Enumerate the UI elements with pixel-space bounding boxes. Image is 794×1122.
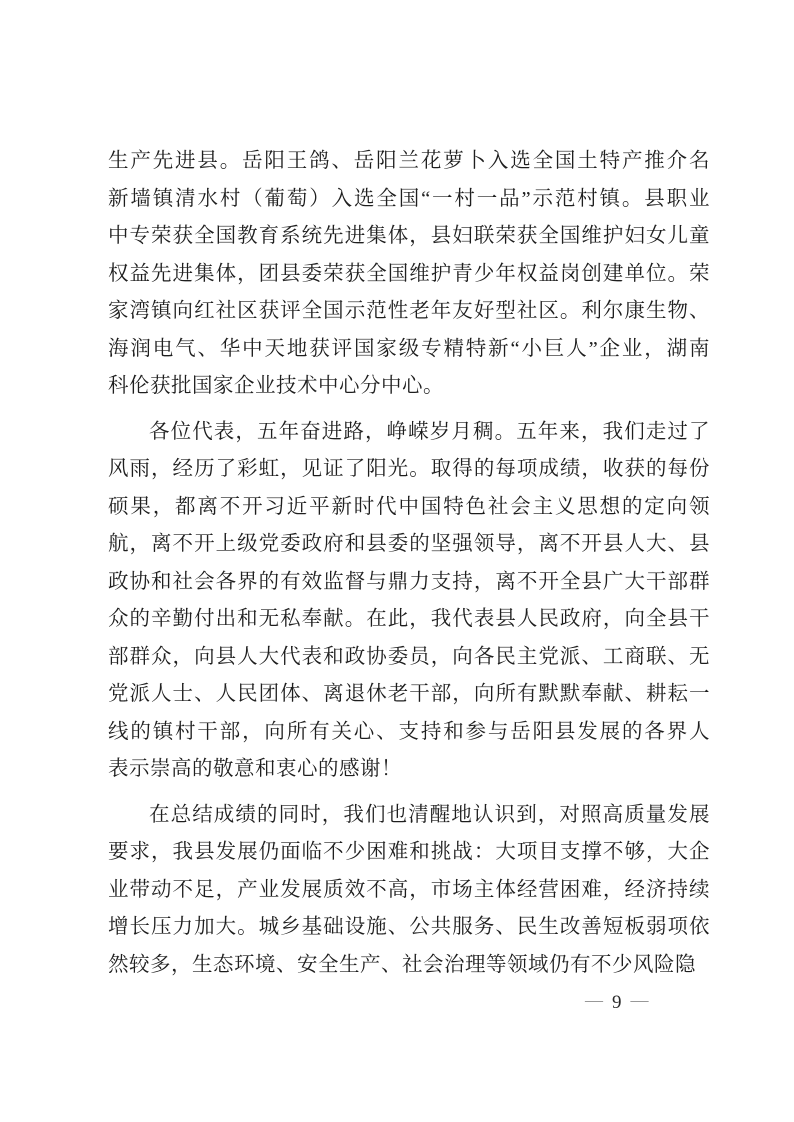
text-line: 航，离不开上级党委政府和县委的坚强领导，离不开县人大、县 — [108, 526, 710, 564]
text-line: 增长压力加大。城乡基础设施、公共服务、民生改善短板弱项依 — [108, 909, 710, 947]
text-line: 然较多，生态环境、安全生产、社会治理等领域仍有不少风险隐 — [108, 947, 710, 985]
text-line: 政协和社会各界的有效监督与鼎力支持，离不开全县广大干部群 — [108, 564, 710, 602]
paragraph: 在总结成绩的同时，我们也清醒地认识到，对照高质量发展要求，我县发展仍面临不少困难… — [108, 797, 710, 985]
document-page: 生产先进县。岳阳王鸽、岳阳兰花萝卜入选全国土特产推介名录，新墙镇清水村（葡萄）入… — [0, 0, 794, 1122]
text-line: 线的镇村干部，向所有关心、支持和参与岳阳县发展的各界人士， — [108, 714, 710, 752]
text-line: 业带动不足，产业发展质效不高，市场主体经营困难，经济持续 — [108, 872, 710, 910]
text-line: 中专荣获全国教育系统先进集体，县妇联荣获全国维护妇女儿童 — [108, 218, 710, 256]
paragraph: 各位代表，五年奋进路，峥嵘岁月稠。五年来，我们走过了风雨，经历了彩虹，见证了阳光… — [108, 414, 710, 789]
text-line: 生产先进县。岳阳王鸽、岳阳兰花萝卜入选全国土特产推介名录， — [108, 143, 710, 181]
text-line: 党派人士、人民团体、离退休老干部，向所有默默奉献、耕耘一 — [108, 676, 710, 714]
text-line: 新墙镇清水村（葡萄）入选全国“一村一品”示范村镇。县职业 — [108, 181, 710, 219]
text-line: 科伦获批国家企业技术中心分中心。 — [108, 368, 710, 406]
page-number: —9— — [585, 992, 649, 1014]
text-line: 各位代表，五年奋进路，峥嵘岁月稠。五年来，我们走过了 — [108, 414, 710, 452]
text-line: 风雨，经历了彩虹，见证了阳光。取得的每项成绩，收获的每份 — [108, 451, 710, 489]
text-line: 权益先进集体，团县委荣获全国维护青少年权益岗创建单位。荣 — [108, 256, 710, 294]
text-line: 硕果，都离不开习近平新时代中国特色社会主义思想的定向领 — [108, 489, 710, 527]
paragraph: 生产先进县。岳阳王鸽、岳阳兰花萝卜入选全国土特产推介名录，新墙镇清水村（葡萄）入… — [108, 143, 710, 406]
text-line: 表示崇高的敬意和衷心的感谢！ — [108, 751, 710, 789]
text-line: 海润电气、华中天地获评国家级专精特新“小巨人”企业，湖南 — [108, 331, 710, 369]
page-number-value: 9 — [612, 992, 622, 1013]
text-line: 家湾镇向红社区获评全国示范性老年友好型社区。利尔康生物、 — [108, 293, 710, 331]
text-line: 众的辛勤付出和无私奉献。在此，我代表县人民政府，向全县干 — [108, 601, 710, 639]
page-number-right-dash: — — [631, 990, 649, 1010]
text-line: 要求，我县发展仍面临不少困难和挑战：大项目支撑不够，大企 — [108, 834, 710, 872]
page-number-left-dash: — — [585, 990, 603, 1010]
text-line: 部群众，向县人大代表和政协委员，向各民主党派、工商联、无 — [108, 639, 710, 677]
text-line: 在总结成绩的同时，我们也清醒地认识到，对照高质量发展 — [108, 797, 710, 835]
page-body: 生产先进县。岳阳王鸽、岳阳兰花萝卜入选全国土特产推介名录，新墙镇清水村（葡萄）入… — [108, 143, 710, 984]
